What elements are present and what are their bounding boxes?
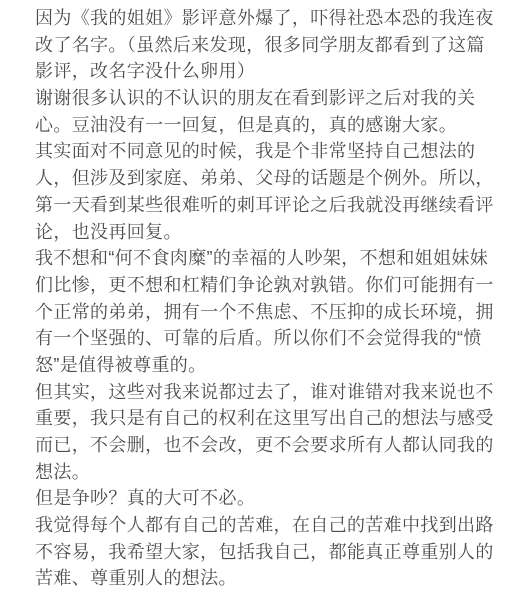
text-line: 其实面对不同意见的时候，我是个非常坚持自己想法的 xyxy=(35,138,513,165)
text-line: 想法。 xyxy=(35,459,513,486)
text-line: 而已，不会删，也不会改，更不会要求所有人都认同我的 xyxy=(35,432,513,459)
text-line: 人，但涉及到家庭、弟弟、父母的话题是个例外。所以， xyxy=(35,165,513,192)
text-line: 我觉得每个人都有自己的苦难，在自己的苦难中找到出路 xyxy=(35,512,513,539)
text-line: 们比惨，更不想和杠精们争论孰对孰错。你们可能拥有一 xyxy=(35,272,513,299)
text-line: 怒”是值得被尊重的。 xyxy=(35,352,513,379)
text-line: 个正常的弟弟，拥有一个不焦虑、不压抑的成长环境，拥 xyxy=(35,299,513,326)
text-line: 苦难、尊重别人的想法。 xyxy=(35,565,513,592)
text-line: 因为《我的姐姐》影评意外爆了，吓得社恐本恐的我连夜 xyxy=(35,5,513,32)
text-line: 谢谢很多认识的不认识的朋友在看到影评之后对我的关 xyxy=(35,85,513,112)
text-line: 心。豆油没有一一回复，但是真的，真的感谢大家。 xyxy=(35,112,513,139)
text-line: 影评，改名字没什么卵用） xyxy=(35,58,513,85)
text-line: 改了名字。（虽然后来发现，很多同学朋友都看到了这篇 xyxy=(35,32,513,59)
text-line: 但其实，这些对我来说都过去了，谁对谁错对我来说也不 xyxy=(35,379,513,406)
text-line: 第一天看到某些很难听的刺耳评论之后我就没再继续看评 xyxy=(35,192,513,219)
post-text: 因为《我的姐姐》影评意外爆了，吓得社恐本恐的我连夜改了名字。（虽然后来发现，很多… xyxy=(0,0,529,592)
text-line: 论，也没再回复。 xyxy=(35,219,513,246)
text-line: 我不想和“何不食肉糜”的幸福的人吵架，不想和姐姐妹妹 xyxy=(35,245,513,272)
text-line: 但是争吵？真的大可不必。 xyxy=(35,485,513,512)
text-line: 不容易，我希望大家，包括我自己，都能真正尊重别人的 xyxy=(35,539,513,566)
text-line: 重要，我只是有自己的权利在这里写出自己的想法与感受 xyxy=(35,405,513,432)
text-line: 有一个坚强的、可靠的后盾。所以你们不会觉得我的“愤 xyxy=(35,325,513,352)
